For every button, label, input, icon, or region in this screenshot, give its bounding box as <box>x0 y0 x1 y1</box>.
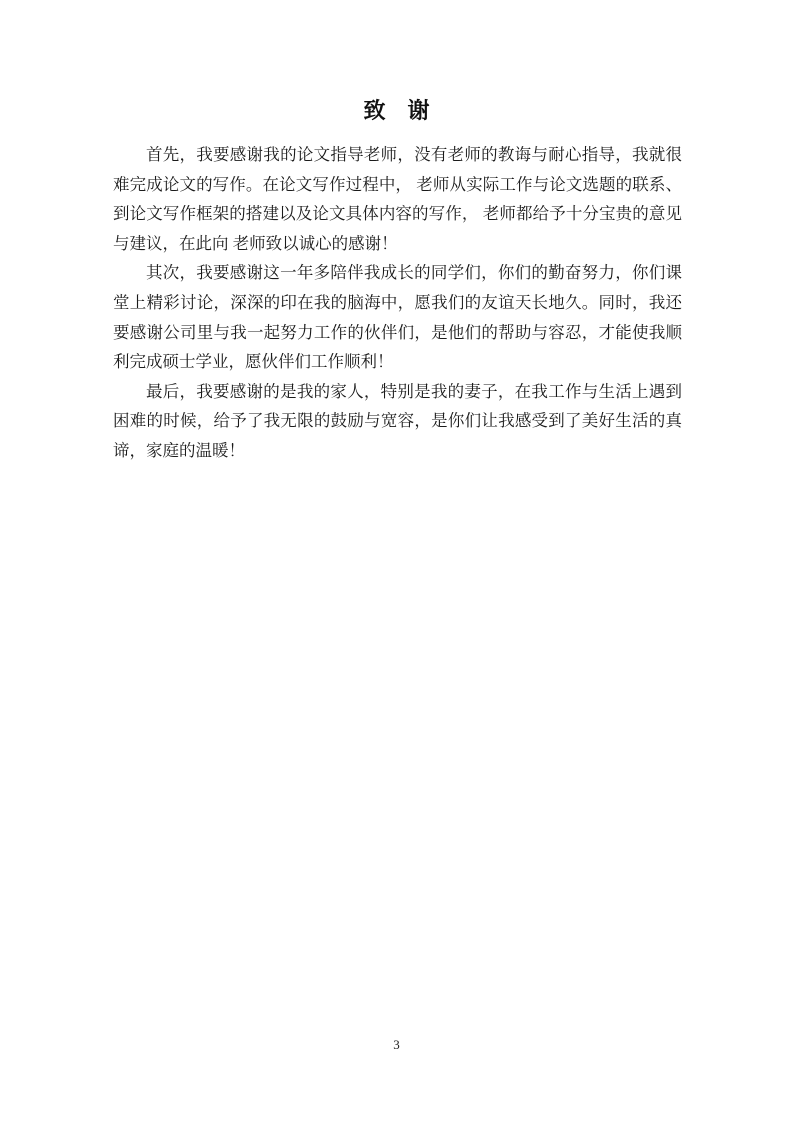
page-number: 3 <box>0 1036 793 1054</box>
paragraph-2: 其次，我要感谢这一年多陪伴我成长的同学们，你们的勤奋努力，你们课堂上精彩讨论，深… <box>113 258 682 376</box>
paragraph-1: 首先，我要感谢我的论文指导老师，没有老师的教诲与耐心指导，我就很难完成论文的写作… <box>113 140 682 258</box>
page-title: 致 谢 <box>0 96 793 126</box>
paragraph-3: 最后，我要感谢的是我的家人，特别是我的妻子，在我工作与生活上遇到困难的时候，给予… <box>113 377 682 466</box>
document-page: 致 谢 首先，我要感谢我的论文指导老师，没有老师的教诲与耐心指导，我就很难完成论… <box>0 0 793 1122</box>
document-body: 首先，我要感谢我的论文指导老师，没有老师的教诲与耐心指导，我就很难完成论文的写作… <box>113 140 682 466</box>
